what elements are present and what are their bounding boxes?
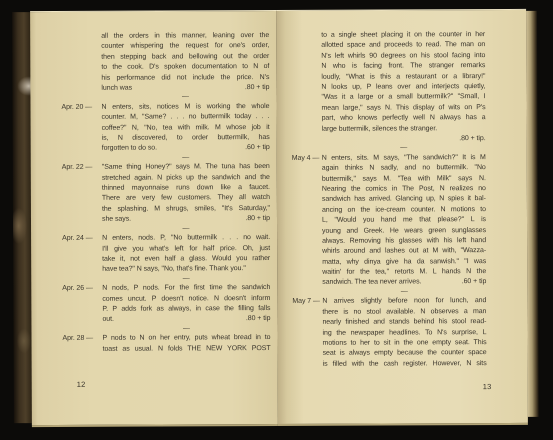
diary-entry: Apr. 22 —"Same thing Honey?" says M. The… [62,162,270,225]
entry-line: P. P adds fork as always, in case the fi… [102,304,270,315]
entry-line: motions to her to sit in the one empty s… [323,338,487,349]
entry-line: seat is always empty because the counter… [323,348,487,359]
entry-line: thinned mayonnaise runs down like a fauc… [102,183,270,194]
entry-line: again thinks N sadly, and no buttermilk.… [322,163,486,174]
entry-line: take it, not even half a glass. Would yo… [102,254,270,265]
entry-line: is, N discovered, to order buttermilk, h… [102,133,270,144]
entry-date [291,31,321,145]
entry-line: loudly, "What is this a restaurant or a … [321,72,485,83]
entry-body: "Same thing Honey?" says M. The tuna has… [102,162,270,225]
entry-body: P nods to N on her entry, puts wheat bre… [102,333,270,355]
entry-body: N enters, sits, notices M is working the… [101,102,269,155]
diary-entry: all the orders in this manner, leaning o… [61,31,269,94]
entry-line: always. Removing his glasses with his le… [322,236,486,247]
entry-line: buttermilk," says M. "Tea with Milk" say… [322,174,486,185]
page-number-left: 12 [77,380,86,389]
price: .80 + tip. [459,134,485,145]
entry-line: N who is facing front. The stranger rema… [321,61,485,72]
entry-date: Apr. 24 — [62,234,102,276]
entry-line: N enters, nods. P, "No buttermilk . . . … [102,233,270,244]
left-page: all the orders in this manner, leaning o… [30,10,278,427]
entry-line: counter. M, "Same? . . . no buttermilk t… [102,112,270,123]
entry-date: Apr. 20 — [61,103,101,155]
diary-entry: Apr. 20 —N enters, sits, notices M is wo… [61,102,269,155]
entry-line: large buttermilk, silences the stranger. [322,124,486,135]
entry-line: lunch was.80 + tip [101,83,269,94]
entry-line: toast as usual. N folds THE NEW YORK POS… [103,344,271,355]
diary-entry: to a single sheet placing it on the coun… [291,30,485,145]
entry-line: P nods to N on her entry, puts wheat bre… [102,333,270,344]
entry-line: his performance did not include the pric… [101,73,269,84]
entry-line: the splashing. M shrugs, smiles, "It's S… [102,204,270,215]
entry-line: There are very few customers. They all w… [102,193,270,204]
entry-line: N's left whirls 90 degrees on his stool … [321,51,485,62]
entry-line: "Same thing Honey?" says M. The tuna has… [102,162,270,173]
entry-line: I'll give you what's left for half price… [102,244,270,255]
price: .60 + tip [245,143,270,153]
page-number-right: 13 [483,382,492,391]
diary-entry: May 7 —N arrives slightly before noon fo… [292,296,486,370]
entry-line: whirls around and lashes out at M with, … [322,246,486,257]
entry-line: sandwich has arrived. Glancing up, N spi… [322,194,486,205]
entry-date: Apr. 28 — [62,334,102,355]
left-page-text: all the orders in this manner, leaning o… [61,31,270,355]
entry-date: Apr. 22 — [62,163,102,226]
price: .60 + tip [462,278,487,288]
entry-body: N arrives slightly before noon for lunch… [322,296,486,369]
entry-line: have tea?" N says, "No, that's fine. Tha… [102,264,270,275]
entry-body: to a single sheet placing it on the coun… [321,30,485,145]
entry-line: forgotten to do so..60 + tip [102,143,270,154]
entry-line: is filled with the cash register. Howeve… [323,359,487,370]
entry-line: mean large," says N. This display of wit… [321,103,485,114]
entry-line: she says..80 + tip [102,214,270,225]
diary-entry: Apr. 28 —P nods to N on her entry, puts … [62,333,270,355]
entry-line: .80 + tip. [322,134,486,145]
entry-line: waitin' for the tea," retorts M. L hands… [322,267,486,278]
entry-line: all the orders in this manner, leaning o… [101,31,269,42]
book-photo: all the orders in this manner, leaning o… [0,0,553,440]
diary-entry: Apr. 26 —N nods, P nods. For the first t… [62,283,270,325]
price: .80 + tip [245,83,270,93]
entry-line: nearly finished and stands behind his st… [322,317,486,328]
entry-line: ing the newspaper headlines. To N's surp… [322,328,486,339]
entry-line: allotted space and proceeds to read. The… [321,40,485,51]
entry-body: all the orders in this manner, leaning o… [101,31,269,94]
entry-line: out..80 + tip [102,314,270,325]
entry-line: Nearing the comics in The Post, N realiz… [322,184,486,195]
entry-line: part, who knows perfectly well N always … [322,113,486,124]
entry-date: Apr. 26 — [62,284,102,326]
entry-date [61,32,101,95]
entry-line: N enters, sits, notices M is working the… [101,102,269,113]
entry-line: ancing on the ice-cream counter. N motio… [322,205,486,216]
page-stack-edge [526,11,539,417]
right-page-text: to a single sheet placing it on the coun… [291,30,486,370]
entry-line: N nods, P nods. For the first time the s… [102,283,270,294]
entry-line: L, "Would you hand me that please?" L is [322,215,486,226]
entry-line: coffee?" N, "No, tea with milk. M whose … [102,123,270,134]
book-spread: all the orders in this manner, leaning o… [0,0,553,440]
entry-line: "Was it a large or a small buttermilk?" … [321,92,485,103]
entry-line: stretched again. N picks up the sandwich… [102,173,270,184]
entry-date: May 4 — [292,154,323,289]
diary-entry: Apr. 24 —N enters, nods. P, "No buttermi… [62,233,270,275]
entry-line: there is no stool available. N observes … [322,307,486,318]
diary-entry: May 4 —N enters, sits. M says, "The sand… [292,153,487,289]
entry-line: N looks up, P leans over and interjects … [321,82,485,93]
price: .80 + tip [246,314,271,324]
entry-body: N nods, P nods. For the first time the s… [102,283,270,325]
entry-body: N enters, sits. M says, "The sandwich?" … [322,153,487,289]
entry-line: to the cook. D's spoken documentation to… [101,62,269,73]
entry-line: comes uncut. P doesn't notice. N doesn't… [102,294,270,305]
right-page: to a single sheet placing it on the coun… [276,9,528,426]
entry-line: young and Greek. He wears green sunglass… [322,226,486,237]
entry-line: sandwich. The tea never arrives..60 + ti… [322,278,486,289]
entry-line: to a single sheet placing it on the coun… [321,30,485,41]
entry-line: matta, why dinya give ha da sanwish." "I… [322,257,486,268]
entry-line: counter whispering the request for one's… [101,41,269,52]
entry-line: N enters, sits. M says, "The sandwich?" … [322,153,486,164]
entry-body: N enters, nods. P, "No buttermilk . . . … [102,233,270,275]
entry-line: N arrives slightly before noon for lunch… [322,296,486,307]
entry-date: May 7 — [292,297,322,370]
price: .80 + tip [245,214,270,224]
entry-line: then stepping back and bellowing out the… [101,52,269,63]
